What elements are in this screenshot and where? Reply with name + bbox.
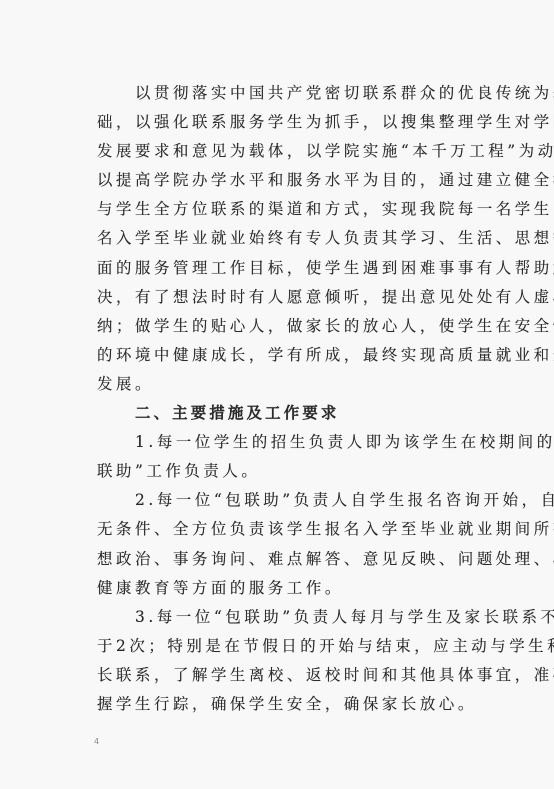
text-line: 与学生全方位联系的渠道和方式，实现我院每一名学生自报: [97, 195, 483, 224]
text-line: 的环境中健康成长，学有所成，最终实现高质量就业和全面: [97, 341, 483, 370]
text-line: 联助”工作负责人。: [97, 457, 483, 486]
text-line: 发展。: [97, 370, 483, 399]
document-page: 以贯彻落实中国共产党密切联系群众的优良传统为基 础，以强化联系服务学生为抓手，以…: [97, 79, 483, 719]
page-number: 4: [94, 737, 99, 746]
text-line: 3.每一位“包联助”负责人每月与学生及家长联系不少: [97, 603, 483, 632]
text-line: 决，有了想法时时有人愿意倾听，提出意见处处有人虚心接: [97, 283, 483, 312]
text-line: 于2次；特别是在节假日的开始与结束，应主动与学生和家: [97, 632, 483, 661]
list-item-3: 3.每一位“包联助”负责人每月与学生及家长联系不少 于2次；特别是在节假日的开始…: [97, 603, 483, 719]
text-line: 纳；做学生的贴心人，做家长的放心人，使学生在安全愉快: [97, 312, 483, 341]
text-line: 面的服务管理工作目标，使学生遇到困难事事有人帮助解: [97, 254, 483, 283]
list-item-1: 1.每一位学生的招生负责人即为该学生在校期间的“包 联助”工作负责人。: [97, 428, 483, 486]
section-heading: 二、主要措施及工作要求: [97, 399, 483, 428]
text-line: 握学生行踪，确保学生安全，确保家长放心。: [97, 690, 483, 719]
text-line: 健康教育等方面的服务工作。: [97, 574, 483, 603]
text-line: 1.每一位学生的招生负责人即为该学生在校期间的“包: [97, 428, 483, 457]
text-line: 想政治、事务询问、难点解答、意见反映、问题处理、心理: [97, 545, 483, 574]
text-line: 础，以强化联系服务学生为抓手，以搜集整理学生对学院的: [97, 108, 483, 137]
text-line: 长联系，了解学生离校、返校时间和其他具体事宜，准确掌: [97, 661, 483, 690]
intro-paragraph: 以贯彻落实中国共产党密切联系群众的优良传统为基 础，以强化联系服务学生为抓手，以…: [97, 79, 483, 399]
text-line: 名入学至毕业就业始终有专人负责其学习、生活、思想等方: [97, 224, 483, 253]
list-item-2: 2.每一位“包联助”负责人自学生报名咨询开始，自觉 无条件、全方位负责该学生报名…: [97, 486, 483, 602]
text-line: 以贯彻落实中国共产党密切联系群众的优良传统为基: [97, 79, 483, 108]
text-line: 2.每一位“包联助”负责人自学生报名咨询开始，自觉: [97, 486, 483, 515]
text-line: 无条件、全方位负责该学生报名入学至毕业就业期间所有思: [97, 515, 483, 544]
text-line: 发展要求和意见为载体，以学院实施“本千万工程”为动力，: [97, 137, 483, 166]
text-line: 以提高学院办学水平和服务水平为目的，通过建立健全教师: [97, 166, 483, 195]
